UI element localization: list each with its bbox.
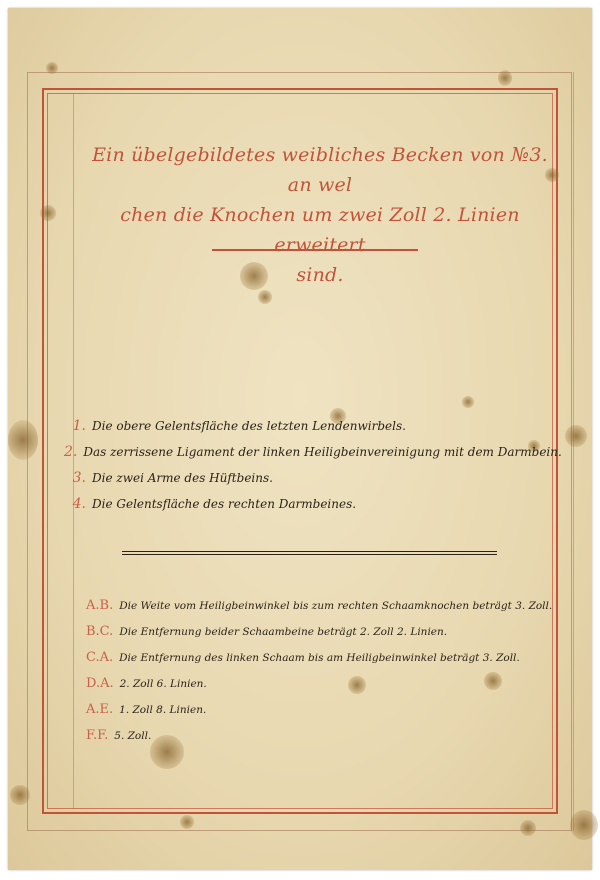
section-divider: [122, 551, 497, 555]
title-line-2: chen die Knochen um zwei Zoll 2. Linien …: [90, 200, 550, 260]
measurement-text: Die Entfernung des linken Schaam bis am …: [119, 652, 520, 664]
item-number: 4.: [64, 496, 86, 512]
measurement-row: C.A. Die Entfernung des linken Schaam bi…: [86, 650, 526, 676]
measurements-list: A.B. Die Weite vom Heiligbeinwinkel bis …: [86, 598, 526, 754]
item-number: 1.: [64, 418, 86, 434]
measurement-label: D.A.: [86, 676, 114, 691]
numbered-legend: 1. Die obere Gelentsfläche des letzten L…: [64, 418, 544, 522]
item-text: Das zerrissene Ligament der linken Heili…: [83, 445, 561, 459]
right-margin-line: [573, 72, 574, 831]
measurement-row: A.B. Die Weite vom Heiligbeinwinkel bis …: [86, 598, 526, 624]
legend-item: 3. Die zwei Arme des Hüftbeins.: [64, 470, 544, 496]
measurement-label: A.B.: [86, 598, 113, 613]
item-number: 3.: [64, 470, 86, 486]
measurement-label: C.A.: [86, 650, 113, 665]
title-line-3: sind.: [90, 260, 550, 290]
measurement-row: D.A. 2. Zoll 6. Linien.: [86, 676, 526, 702]
title-underline: [212, 249, 418, 251]
measurement-text: 1. Zoll 8. Linien.: [119, 704, 206, 716]
measurement-text: Die Entfernung beider Schaambeine beträg…: [119, 626, 447, 638]
measurement-text: 2. Zoll 6. Linien.: [120, 678, 207, 690]
item-text: Die Gelentsfläche des rechten Darmbeines…: [92, 497, 356, 511]
item-number: 2.: [64, 444, 77, 460]
item-text: Die obere Gelentsfläche des letzten Lend…: [92, 419, 406, 433]
measurement-text: 5. Zoll.: [114, 730, 151, 742]
measurement-label: B.C.: [86, 624, 113, 639]
measurement-row: A.E. 1. Zoll 8. Linien.: [86, 702, 526, 728]
page-title: Ein übelgebildetes weibliches Becken von…: [90, 140, 550, 290]
measurement-text: Die Weite vom Heiligbeinwinkel bis zum r…: [119, 600, 552, 612]
measurement-row: F.F. 5. Zoll.: [86, 728, 526, 754]
measurement-label: F.F.: [86, 728, 108, 743]
measurement-label: A.E.: [86, 702, 113, 717]
legend-item: 2. Das zerrissene Ligament der linken He…: [64, 444, 544, 470]
measurement-row: B.C. Die Entfernung beider Schaambeine b…: [86, 624, 526, 650]
item-text: Die zwei Arme des Hüftbeins.: [92, 471, 273, 485]
title-line-1: Ein übelgebildetes weibliches Becken von…: [90, 140, 550, 200]
legend-item: 4. Die Gelentsfläche des rechten Darmbei…: [64, 496, 544, 522]
legend-item: 1. Die obere Gelentsfläche des letzten L…: [64, 418, 544, 444]
